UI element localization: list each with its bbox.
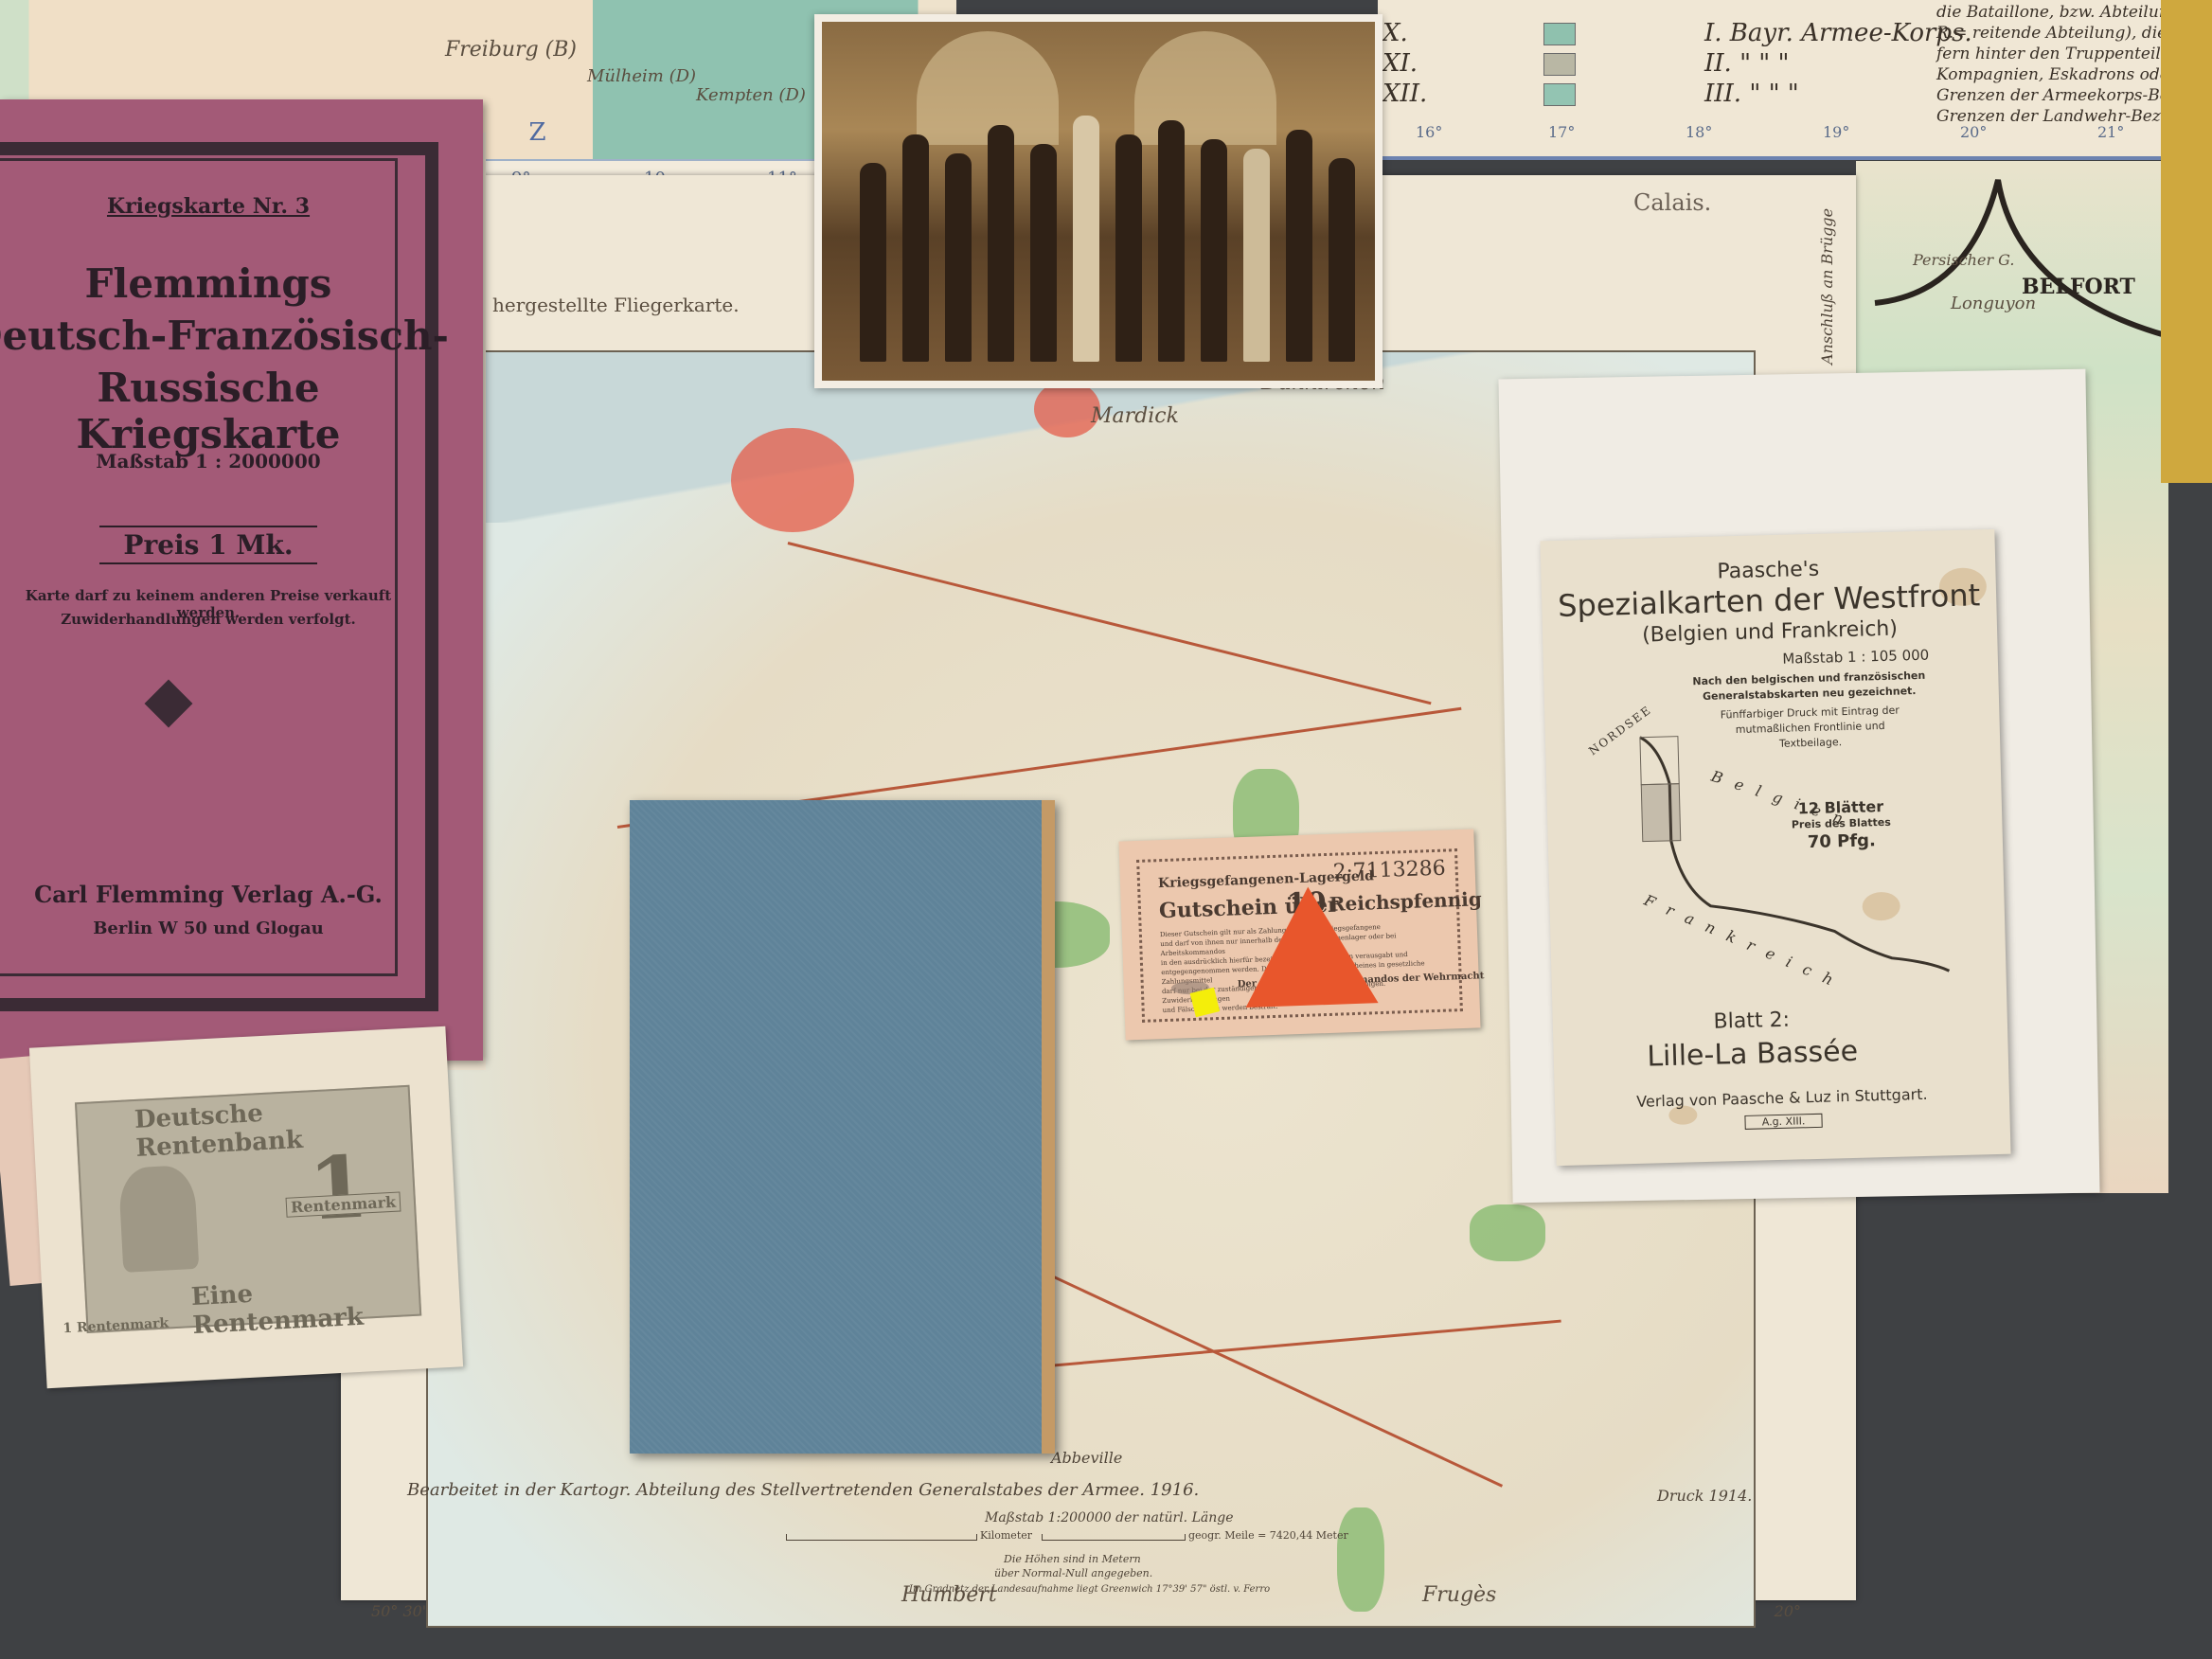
forest-area (1470, 1204, 1545, 1261)
cover-title-2: Deutsch-Französisch- (0, 312, 473, 359)
cover-publisher: Carl Flemming Verlag A.-G. (0, 881, 417, 908)
map-label-freiburg: Freiburg (B) (445, 38, 577, 62)
legend-swatch (1543, 53, 1576, 76)
longitude-tick: 16° (1416, 123, 1442, 141)
longitude-tick: 17° (1548, 123, 1575, 141)
banknote-center-text: Rentenmark (286, 1191, 401, 1217)
photo-figure (860, 163, 886, 362)
cover-price: Preis 1 Mk. (99, 526, 317, 564)
red-triangle-overprint (1241, 884, 1378, 1008)
paasche-westfront-map: Paasche's Spezialkarten der Westfront (B… (1540, 529, 2010, 1166)
cover-series: Kriegskarte Nr. 3 (0, 194, 417, 219)
map-label-kempten: Kempten (D) (696, 85, 806, 105)
legend-swatch (1543, 23, 1576, 45)
cover-notice-2: Zuwiderhandlungen werden verfolgt. (0, 611, 417, 628)
coord-label: 50° 30' (371, 1602, 426, 1620)
photo-figure (1115, 134, 1142, 362)
legend-label: I. Bayr. Armee-Korps. (1704, 19, 1972, 47)
group-photograph (814, 14, 1382, 388)
scale-bar-km (786, 1534, 977, 1541)
banknote-bottom-text: Eine Rentenmark (190, 1272, 420, 1340)
map-scale-caption: Maßstab 1:200000 der natürl. Länge (985, 1510, 1234, 1525)
longitude-tick: 18° (1686, 123, 1712, 141)
photo-arch (1134, 31, 1276, 145)
map-label-persian-gulf: Persischer G. (1913, 251, 2014, 269)
height-note: Die Höhen sind in Metern (1004, 1553, 1141, 1565)
map-label-ravensburg: Mülheim (D) (587, 66, 696, 86)
legend-numeral: X. (1382, 19, 1408, 47)
voucher-serial: 2·7113286 (1332, 857, 1446, 884)
paasche-imprint: Verlag von Paasche & Luz in Stuttgart. (1555, 1083, 2009, 1114)
map-label-country: I Z (473, 118, 565, 147)
rentenmark-banknote: Deutsche Rentenbank 1 Rentenmark Eine Re… (29, 1026, 463, 1389)
photo-figure (902, 134, 929, 362)
forest-area (1337, 1507, 1384, 1612)
legend-swatch (1543, 83, 1576, 106)
cover-title-1: Flemmings (0, 260, 417, 307)
paasche-sheet-name: Lille-La Bassée (1525, 1031, 1980, 1077)
height-note: über Normal-Null angegeben. (994, 1567, 1152, 1579)
map-footer-right: Druck 1914. (1657, 1487, 1752, 1505)
blue-notebook (630, 800, 1055, 1454)
map-bottom-place: Abbeville (1051, 1449, 1122, 1467)
map-label-belfort: BELFORT (2022, 275, 2135, 299)
photo-figure (1329, 158, 1355, 362)
legend-numeral: XII. (1382, 80, 1427, 108)
map-label-longuyon: Longuyon (1951, 294, 2036, 313)
banknote-print: Deutsche Rentenbank 1 Rentenmark Eine Re… (75, 1085, 421, 1333)
flemming-map-cover: Kriegskarte Nr. 3 Flemmings Deutsch-Fran… (0, 99, 483, 1061)
map-label-mardick: Mardick (1091, 404, 1179, 428)
longitude-tick: 20° (1960, 123, 1987, 141)
road (788, 542, 1432, 705)
notebook-texture (630, 800, 1042, 1454)
photo-figure (1286, 130, 1312, 362)
photo-figure (1243, 149, 1270, 362)
paasche-code: A.g. XIII. (1744, 1114, 1822, 1130)
banknote-corner-text: 1 Rentenmark (62, 1315, 169, 1336)
scale-unit-km: Kilometer (980, 1529, 1032, 1542)
city-marker-calais (731, 428, 854, 532)
photo-figure (1158, 120, 1185, 362)
cover-title-3: Russische Kriegskarte (0, 365, 455, 457)
grid-note: Im Gradnetz der Landesaufnahme liegt Gre… (909, 1584, 1270, 1595)
photo-figure (945, 153, 972, 362)
banknote-denomination: 1 (306, 1136, 370, 1240)
pow-camp-voucher: Kriegsgefangenen-Lagergeld 2·7113286 Gut… (1118, 829, 1480, 1041)
map-footer-left: Bearbeitet in der Kartogr. Abteilung des… (407, 1480, 1199, 1500)
front-line-overview-map (1602, 720, 1969, 985)
map-label-fruges: Frugès (1422, 1583, 1496, 1607)
map-header-text: hergestellte Fliegerkarte. (492, 294, 740, 316)
legend-numeral: XI. (1382, 49, 1418, 78)
longitude-tick: 19° (1823, 123, 1849, 141)
photo-figure (1201, 139, 1227, 362)
wheat-sheaf-icon (118, 1165, 200, 1273)
scale-bar-mile (1042, 1534, 1186, 1541)
yellow-folder (2161, 0, 2212, 483)
map-side-label: Anschluß an Brügge (1818, 208, 1836, 365)
photo-figure (1030, 144, 1057, 362)
legend-label: III. " " " (1704, 80, 1799, 108)
front-line-icon (1602, 720, 1969, 985)
map-label-calais: Calais. (1633, 189, 1711, 216)
photo-image (822, 22, 1375, 381)
photo-figure (988, 125, 1014, 362)
photo-figure (1073, 116, 1099, 362)
cover-scale: Maßstab 1 : 2000000 (0, 450, 417, 473)
map-legend-strip: X. I. Bayr. Armee-Korps. XI. II. " " " X… (1378, 0, 2183, 160)
longitude-tick: 21° (2097, 123, 2124, 141)
scale-unit-mile: geogr. Meile = 7420,44 Meter (1188, 1529, 1348, 1542)
banknote-bank: Deutsche Rentenbank (134, 1092, 411, 1163)
photo-arch (917, 31, 1059, 145)
legend-label: II. " " " (1704, 49, 1789, 78)
coord-label: 20° (1775, 1602, 1801, 1620)
cover-address: Berlin W 50 und Glogau (0, 919, 417, 938)
